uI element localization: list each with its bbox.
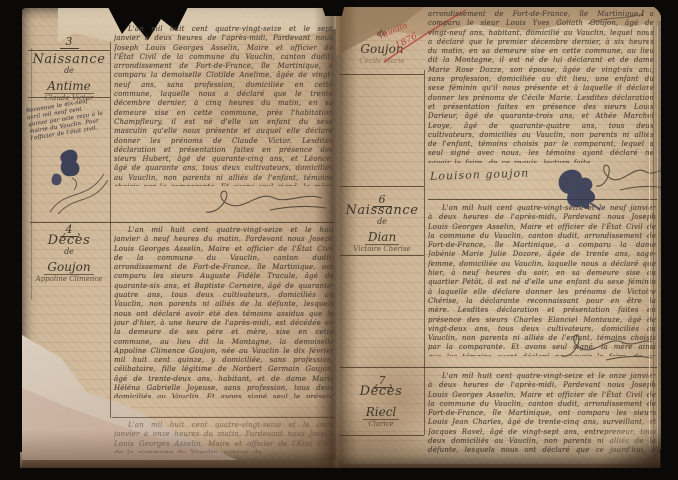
act-name-label: Riecl	[363, 406, 400, 420]
act-name-label: Dian	[365, 231, 399, 245]
margin-heading-entry-6-title: Naissance de Dian Victoire Chérise	[338, 204, 426, 253]
page-stack-edge	[653, 26, 654, 446]
act-name-label: Goujon	[44, 261, 93, 275]
act-body-entry-5: arrondissement de Fort-de-France, île Ma…	[428, 10, 654, 163]
act-type-label: Décès	[28, 234, 110, 248]
act-subname-label: Appoline Climence	[28, 275, 110, 283]
act-text: arrondissement de Fort-de-France, île Ma…	[428, 10, 654, 163]
mayor-signature	[200, 184, 330, 220]
act-type-label: Décès	[336, 385, 426, 399]
act-subname-label: Victoire Chérise	[338, 245, 426, 253]
entry-separator-line	[428, 199, 658, 200]
bottom-shadow	[22, 430, 662, 470]
margin-box-line	[28, 50, 110, 51]
margin-box-line	[340, 255, 424, 256]
act-name-label: Antime	[44, 80, 94, 94]
mayor-signature	[556, 330, 656, 364]
margin-heading-entry-3: 3	[30, 30, 108, 49]
page-stack-edge	[657, 26, 658, 446]
scan-border-right	[661, 0, 678, 480]
page-stack-edge	[649, 26, 650, 446]
act-text: L'an mil huit cent quatre-vingt-seize et…	[114, 25, 333, 186]
scan-border-left	[0, 0, 6, 480]
margin-box-line	[340, 186, 424, 187]
margin-heading-entry-3-title: Naissance de Antime Claude Victor	[28, 53, 110, 102]
scanned-register-spread: 3 Naissance de Antime Claude Victor Reco…	[0, 0, 678, 480]
left-margin-separator-line	[110, 42, 111, 418]
act-body-entry-4: L'an mil huit cent quatre-vingt-seize et…	[114, 226, 334, 398]
de-label: de	[28, 248, 110, 256]
scan-border-bottom	[0, 468, 678, 480]
act-subname-label: Clarice	[336, 420, 426, 428]
act-type-label: Naissance	[28, 53, 110, 67]
entry-number: 3	[60, 36, 79, 49]
act-type-label: Naissance	[338, 204, 426, 218]
signature-flourish	[42, 168, 112, 218]
scan-border-top	[0, 0, 678, 7]
de-label: de	[28, 67, 110, 75]
entry-separator-line	[112, 417, 335, 418]
margin-heading-entry-7-title: Décès Riecl Clarice	[336, 385, 426, 428]
de-label: de	[338, 218, 426, 226]
act-body-entry-3: L'an mil huit cent quatre-vingt-seize et…	[114, 25, 333, 186]
entry-separator-line	[340, 367, 658, 368]
margin-heading-entry-4-title: Décès de Goujon Appoline Climence	[28, 234, 110, 283]
margin-box-line	[340, 74, 424, 75]
act-text: L'an mil huit cent quatre-vingt-seize et…	[114, 226, 334, 398]
